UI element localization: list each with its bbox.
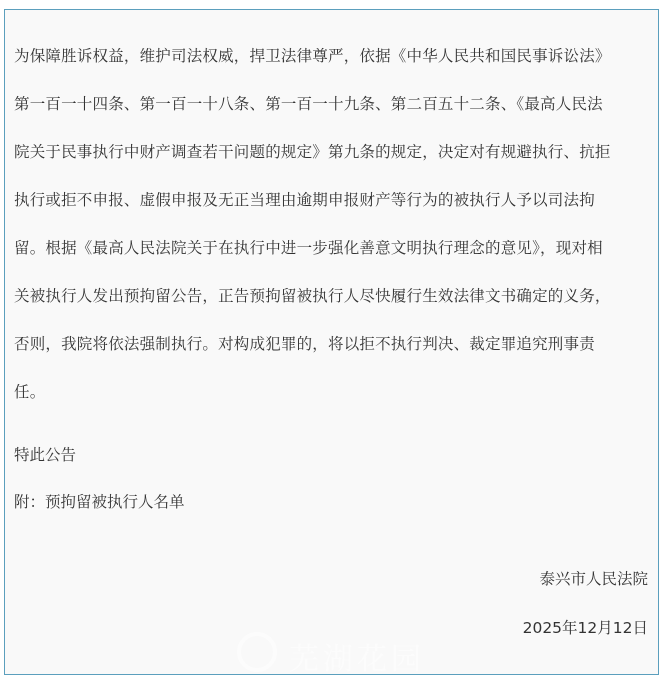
- body-line: 否则，我院将依法强制执行。对构成犯罪的，将以拒不执行判决、裁定罪追究刑事责: [14, 320, 654, 368]
- watermark: 芜湖花园: [237, 628, 437, 676]
- body-line: 任。: [14, 368, 654, 416]
- leaf-logo-icon: [237, 632, 277, 672]
- notice-box: 为保障胜诉权益，维护司法权威，捍卫法律尊严，依据《中华人民共和国民事诉讼法》 第…: [4, 9, 659, 675]
- body-line: 第一百一十四条、第一百一十八条、第一百一十九条、第二百五十二条、《最高人民法: [14, 80, 654, 128]
- court-signature: 泰兴市人民法院: [539, 567, 648, 591]
- notice-body: 为保障胜诉权益，维护司法权威，捍卫法律尊严，依据《中华人民共和国民事诉讼法》 第…: [14, 32, 654, 416]
- body-line: 关被执行人发出预拘留公告，正告预拘留被执行人尽快履行生效法律文书确定的义务，: [14, 272, 654, 320]
- body-line: 留。根据《最高人民法院关于在执行中进一步强化善意文明执行理念的意见》，现对相: [14, 224, 654, 272]
- body-line: 为保障胜诉权益，维护司法权威，捍卫法律尊严，依据《中华人民共和国民事诉讼法》: [14, 32, 654, 80]
- watermark-text: 芜湖花园: [289, 634, 425, 678]
- closing-statement: 特此公告: [14, 443, 76, 467]
- notice-date: 2025年12月12日: [523, 616, 648, 640]
- attachment-note: 附：预拘留被执行人名单: [14, 490, 185, 514]
- body-line: 执行或拒不申报、虚假申报及无正当理由逾期申报财产等行为的被执行人予以司法拘: [14, 176, 654, 224]
- body-line: 院关于民事执行中财产调查若干问题的规定》第九条的规定，决定对有规避执行、抗拒: [14, 128, 654, 176]
